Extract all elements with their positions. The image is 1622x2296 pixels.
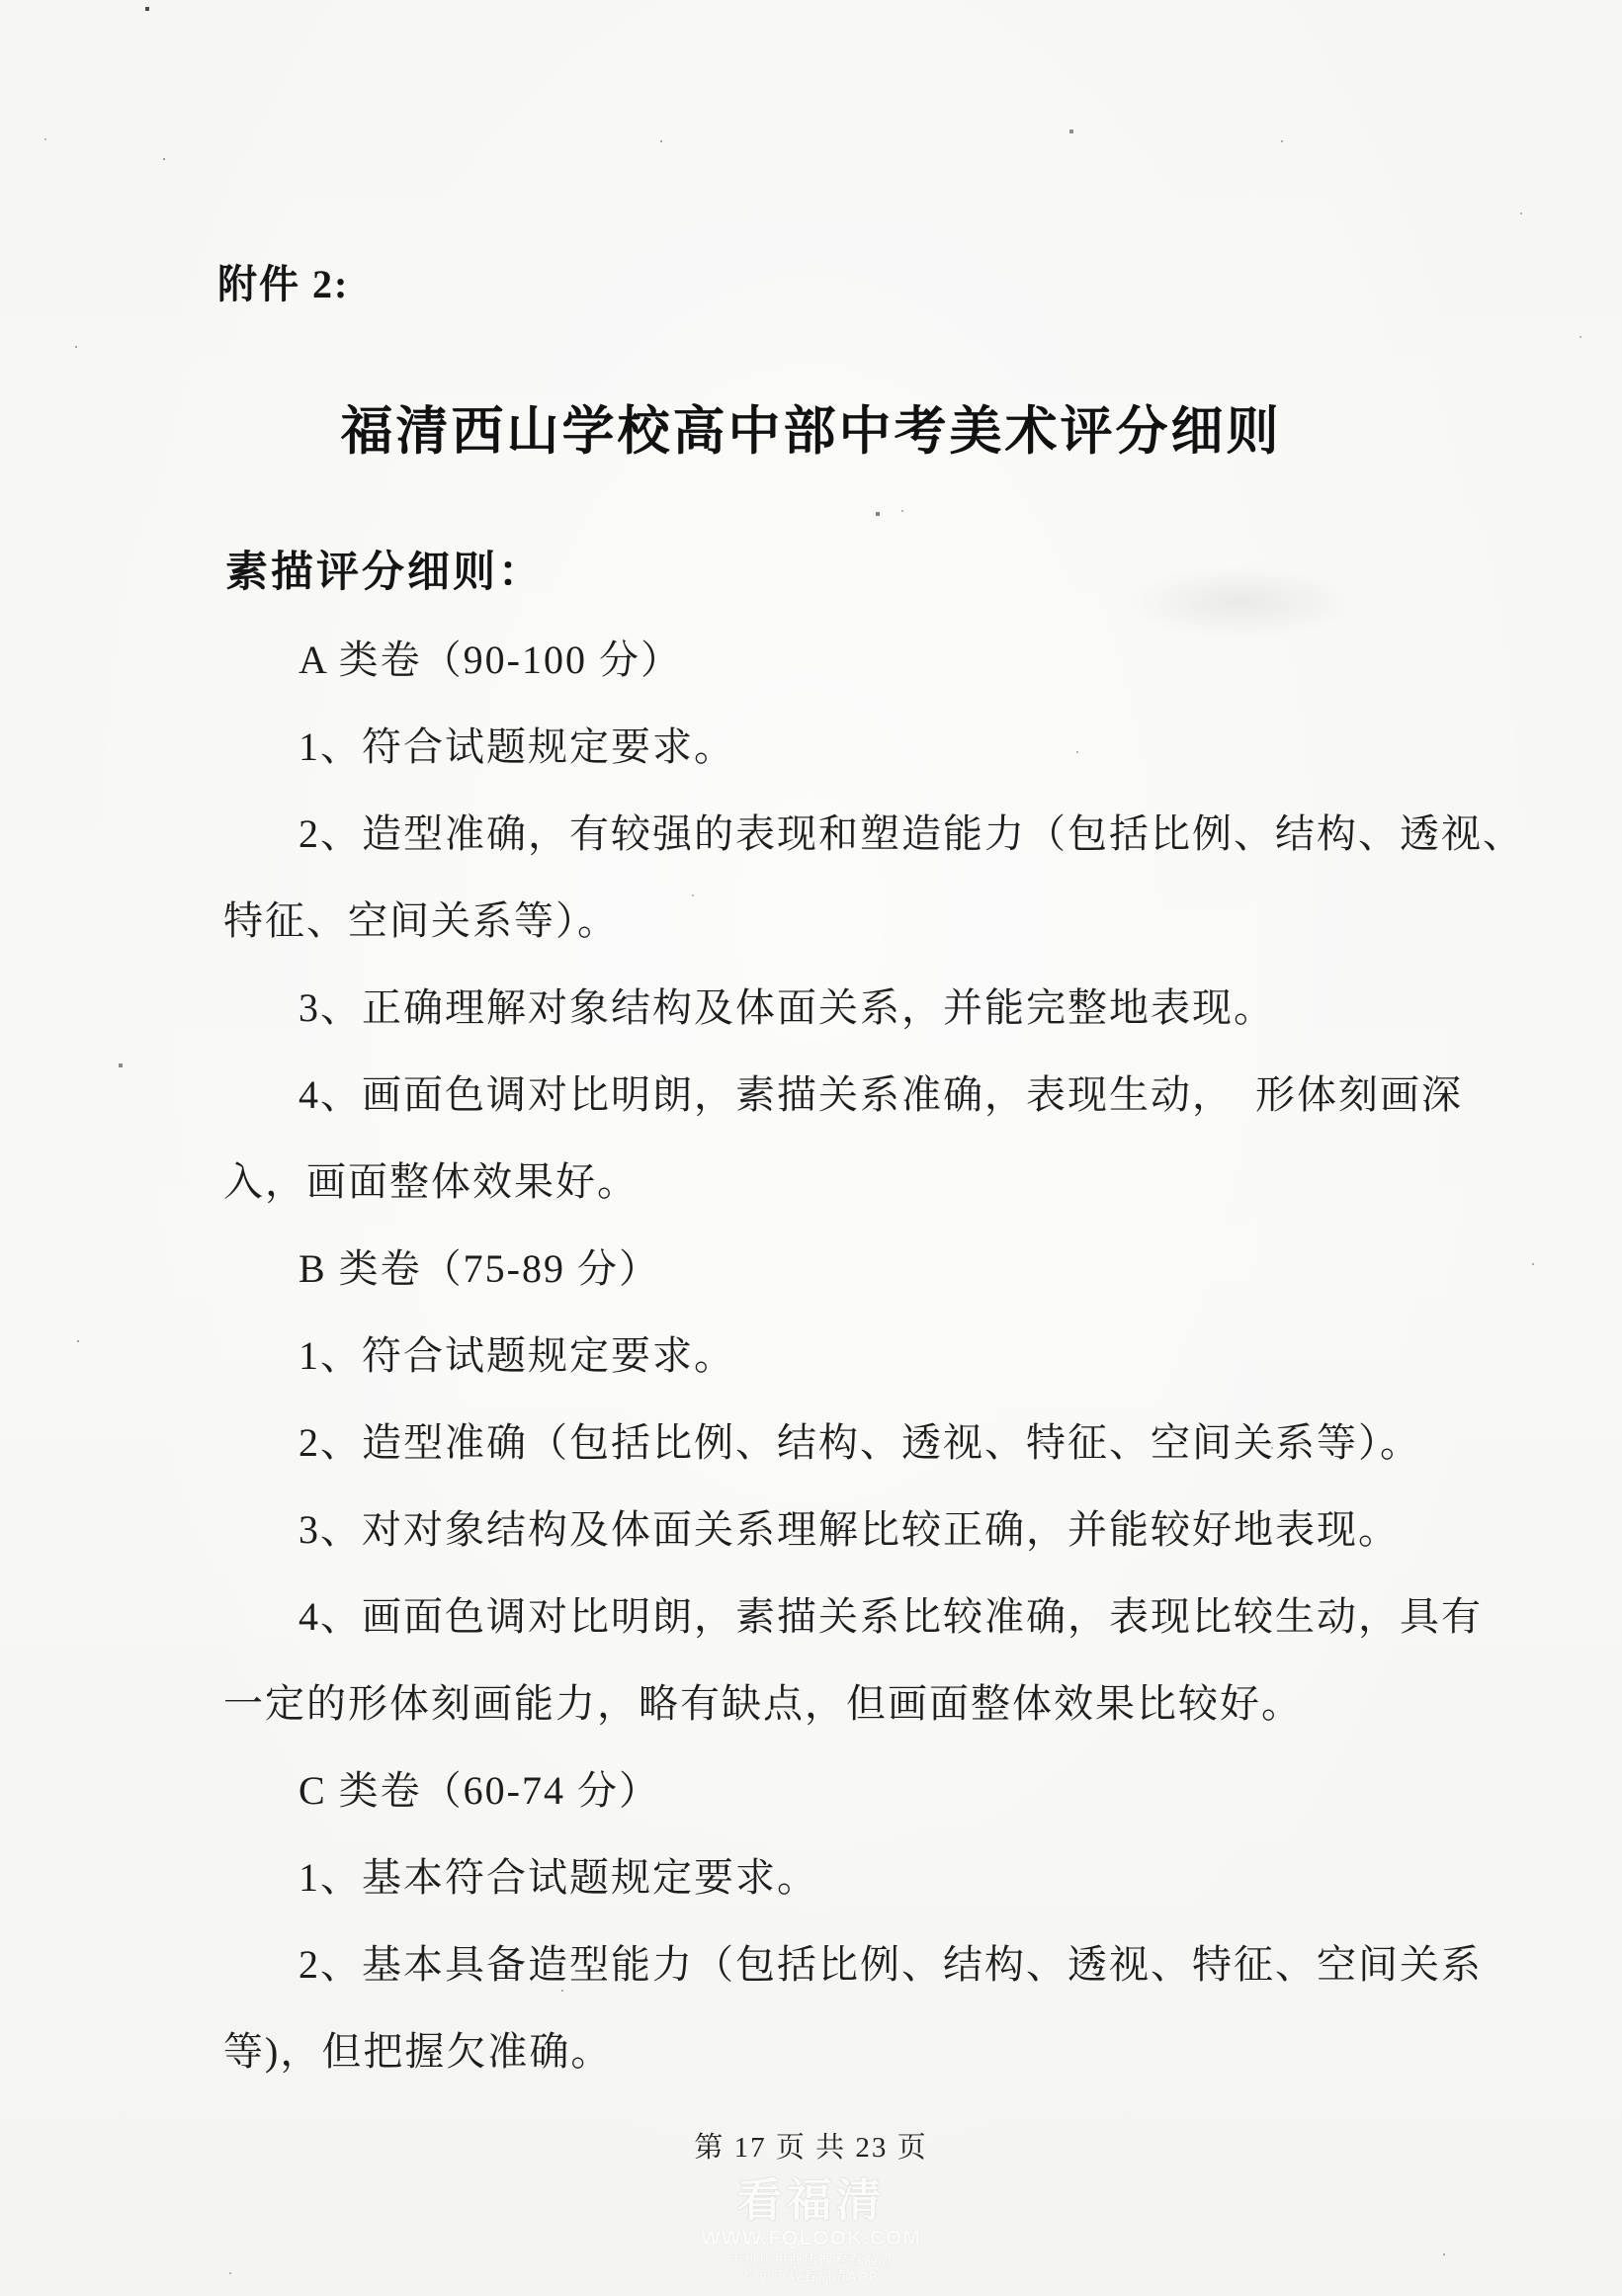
- body-line: 特征、空间关系等）。: [223, 878, 1513, 965]
- body-line: 4、画面色调对比明朗，素描关系比较准确，表现比较生动，具有: [223, 1573, 1513, 1660]
- body-line-text: 1、符合试题规定要求。: [299, 724, 735, 769]
- body-line: B 类卷（75-89 分）: [223, 1226, 1513, 1313]
- body-line-text: C 类卷（60-74 分）: [299, 1768, 660, 1813]
- body-line-text: 特征、空间关系等）。: [223, 898, 619, 943]
- watermark: 看福清 WWW.FQLOOK.COM 手机应用商店搜索看福清 均可下载看福清AP…: [0, 2174, 1622, 2285]
- page-title: 福清西山学校高中部中考美术评分细则: [0, 397, 1622, 467]
- body-line-text: 3、正确理解对象结构及体面关系，并能完整地表现。: [299, 985, 1275, 1030]
- rubric-body: A 类卷（90-100 分）1、符合试题规定要求。2、造型准确，有较强的表现和塑…: [223, 617, 1513, 2095]
- body-line: 1、基本符合试题规定要求。: [223, 1834, 1513, 1921]
- body-line: 2、造型准确（包括比例、结构、透视、特征、空间关系等）。: [223, 1400, 1513, 1487]
- page-number: 第 17 页 共 23 页: [0, 2123, 1622, 2172]
- watermark-url: WWW.FQLOOK.COM: [0, 2226, 1622, 2252]
- document-page: 附件 2: 福清西山学校高中部中考美术评分细则 素描评分细则： A 类卷（90-…: [0, 0, 1622, 2296]
- watermark-note-2: 均可下载看福清APP: [0, 2268, 1622, 2285]
- body-line-text: 4、画面色调对比明朗，素描关系比较准确，表现比较生动，具有: [299, 1594, 1483, 1639]
- body-line: 2、造型准确，有较强的表现和塑造能力（包括比例、结构、透视、: [223, 791, 1513, 878]
- body-line-text: 入，画面整体效果好。: [223, 1159, 639, 1204]
- body-line: A 类卷（90-100 分）: [223, 617, 1513, 704]
- body-line: 等)，但把握欠准确。: [223, 2008, 1513, 2095]
- attachment-label: 附件 2:: [217, 259, 349, 310]
- body-line: 1、符合试题规定要求。: [223, 704, 1513, 791]
- body-line: 3、对对象结构及体面关系理解比较正确，并能较好地表现。: [223, 1487, 1513, 1573]
- body-line-text: 1、基本符合试题规定要求。: [299, 1855, 818, 1900]
- body-line: C 类卷（60-74 分）: [223, 1747, 1513, 1834]
- body-line: 3、正确理解对象结构及体面关系，并能完整地表现。: [223, 965, 1513, 1052]
- body-line-text: B 类卷（75-89 分）: [299, 1246, 660, 1291]
- body-line-text: 2、造型准确，有较强的表现和塑造能力（包括比例、结构、透视、: [299, 811, 1524, 856]
- body-line-text: 2、造型准确（包括比例、结构、透视、特征、空间关系等）。: [299, 1420, 1421, 1465]
- body-line: 1、符合试题规定要求。: [223, 1313, 1513, 1400]
- body-line-text: 4、画面色调对比明朗，素描关系准确，表现生动， 形体刻画深: [299, 1072, 1463, 1117]
- scan-noise: [0, 0, 2, 2]
- body-line-text: 一定的形体刻画能力，略有缺点，但画面整体效果比较好。: [223, 1681, 1303, 1726]
- body-line-text: 1、符合试题规定要求。: [299, 1333, 735, 1378]
- body-line-text: 等)，但把握欠准确。: [223, 2029, 612, 2074]
- body-line-text: 3、对对象结构及体面关系理解比较正确，并能较好地表现。: [299, 1507, 1400, 1552]
- body-line: 一定的形体刻画能力，略有缺点，但画面整体效果比较好。: [223, 1660, 1513, 1747]
- body-line-text: 2、基本具备造型能力（包括比例、结构、透视、特征、空间关系: [299, 1942, 1483, 1987]
- section-heading: 素描评分细则：: [225, 546, 544, 601]
- body-line: 2、基本具备造型能力（包括比例、结构、透视、特征、空间关系: [223, 1921, 1513, 2008]
- watermark-note-1: 手机应用商店搜索看福清: [0, 2252, 1622, 2268]
- body-line: 4、画面色调对比明朗，素描关系准确，表现生动， 形体刻画深: [223, 1052, 1513, 1139]
- watermark-brand: 看福清: [0, 2174, 1622, 2226]
- body-line: 入，画面整体效果好。: [223, 1139, 1513, 1226]
- body-line-text: A 类卷（90-100 分）: [299, 638, 682, 682]
